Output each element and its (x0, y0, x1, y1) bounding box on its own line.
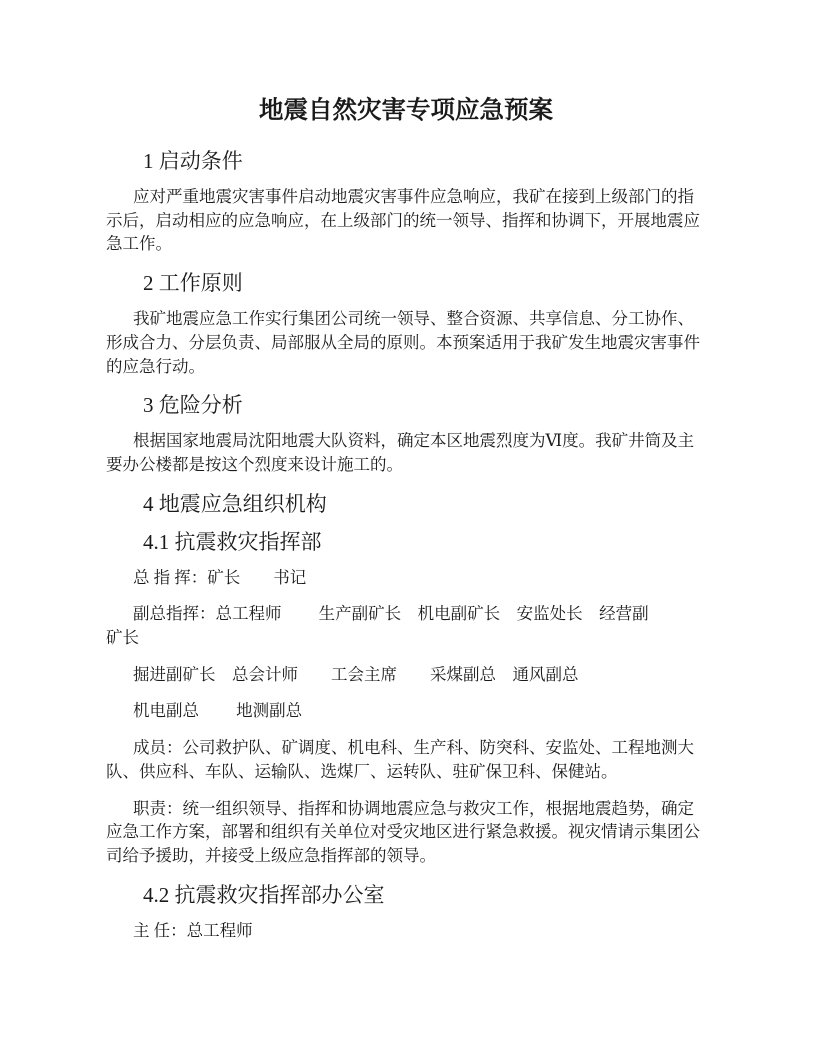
para-work-principles: 我矿地震应急工作实行集团公司统一领导、整合资源、共享信息、分工协作、 形成合力、… (106, 307, 706, 378)
para-risk-analysis: 根据国家地震局沈阳地震大队资料，确定本区地震烈度为Ⅵ度。我矿井筒及主 要办公楼都… (106, 429, 706, 476)
para-deputy-commanders-row1: 副总指挥：总工程师 生产副矿长 机电副矿长 安监处长 经营副 矿长 (106, 602, 706, 649)
para-chief-commander: 总 指 挥：矿长 书记 (106, 566, 706, 590)
heading-risk-analysis: 3 危险分析 (106, 391, 706, 419)
para-office-director: 主 任：总工程师 (106, 919, 706, 943)
heading-hq-office: 4.2 抗震救灾指挥部办公室 (106, 881, 706, 909)
para-duties: 职责：统一组织领导、指挥和协调地震应急与救灾工作，根据地震趋势，确定 应急工作方… (106, 797, 706, 868)
heading-quake-relief-hq: 4.1 抗震救灾指挥部 (106, 528, 706, 556)
document-page: 地震自然灾害专项应急预案 1 启动条件 应对严重地震灾害事件启动地震灾害事件应急… (0, 0, 816, 1056)
para-deputy-commanders-row3: 机电副总 地测副总 (106, 699, 706, 723)
para-deputy-commanders-row2: 掘进副矿长 总会计师 工会主席 采煤副总 通风副总 (106, 663, 706, 687)
doc-title: 地震自然灾害专项应急预案 (106, 95, 706, 127)
heading-startup-conditions: 1 启动条件 (106, 147, 706, 175)
heading-work-principles: 2 工作原则 (106, 269, 706, 297)
heading-org-structure: 4 地震应急组织机构 (106, 490, 706, 518)
para-startup-conditions: 应对严重地震灾害事件启动地震灾害事件应急响应，我矿在接到上级部门的指 示后，启动… (106, 185, 706, 256)
para-members: 成员：公司救护队、矿调度、机电科、生产科、防突科、安监处、工程地测大 队、供应科… (106, 736, 706, 783)
